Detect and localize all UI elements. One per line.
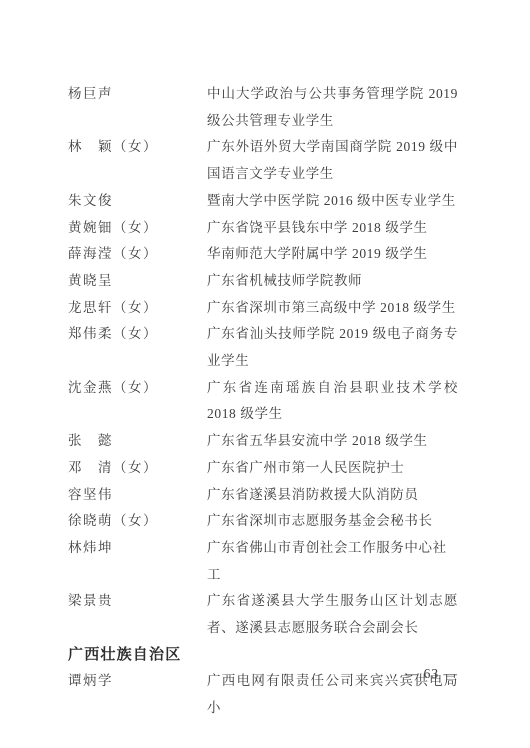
- entry-name: 邓 清（女）: [68, 455, 207, 482]
- entry-description: 广东省机械技师学院教师: [207, 268, 458, 295]
- entry-description: 广东省连南瑶族自治县职业技术学校2018 级学生: [207, 375, 458, 428]
- entry-row: 林炜坤 广东省佛山市青创社会工作服务中心社工: [68, 535, 458, 588]
- entry-row: 沈金燕（女） 广东省连南瑶族自治县职业技术学校2018 级学生: [68, 375, 458, 428]
- entry-description-line: 暨南大学中医学院 2016 级中医专业学生: [207, 188, 458, 215]
- entry-description-line: 广东省饶平县钱东中学 2018 级学生: [207, 215, 458, 242]
- entry-description-line: 国语言文学专业学生: [207, 161, 458, 188]
- entry-row: 黄婉钿（女） 广东省饶平县钱东中学 2018 级学生: [68, 215, 458, 242]
- entry-name: 容坚伟: [68, 482, 207, 509]
- entry-description: 广东省五华县安流中学 2018 级学生: [207, 428, 458, 455]
- entry-row: 龙思轩（女） 广东省深圳市第三高级中学 2018 级学生: [68, 295, 458, 322]
- entry-description-line: 广东省连南瑶族自治县职业技术学校: [207, 375, 458, 402]
- entry-description-line: 广东省遂溪县大学生服务山区计划志愿: [207, 588, 458, 615]
- entry-name: 梁景贵: [68, 588, 207, 615]
- section-header: 广西壮族自治区: [68, 642, 458, 669]
- entry-name: 朱文俊: [68, 188, 207, 215]
- entry-row: 容坚伟 广东省遂溪县消防救援大队消防员: [68, 482, 458, 509]
- entry-name: 郑伟柔（女）: [68, 321, 207, 348]
- entry-row: 郑伟柔（女） 广东省汕头技师学院 2019 级电子商务专业学生: [68, 321, 458, 374]
- entry-description-line: 中山大学政治与公共事务管理学院 2019: [207, 81, 458, 108]
- entry-name: 杨巨声: [68, 81, 207, 108]
- entry-description: 中山大学政治与公共事务管理学院 2019级公共管理专业学生: [207, 81, 458, 134]
- entry-description-line: 广东省五华县安流中学 2018 级学生: [207, 428, 458, 455]
- entry-name: 林 颖（女）: [68, 134, 207, 161]
- entry-description-line: 广东外语外贸大学南国商学院 2019 级中: [207, 134, 458, 161]
- entry-name: 黄婉钿（女）: [68, 215, 207, 242]
- entry-name: 张 懿: [68, 428, 207, 455]
- entry-name: 黄晓呈: [68, 268, 207, 295]
- entry-description-line: 者、遂溪县志愿服务联合会副会长: [207, 615, 458, 642]
- entry-name: 谭炳学: [68, 668, 207, 695]
- entry-description-line: 广东省汕头技师学院 2019 级电子商务专: [207, 321, 458, 348]
- entry-description: 广东省遂溪县大学生服务山区计划志愿者、遂溪县志愿服务联合会副会长: [207, 588, 458, 641]
- entry-name: 林炜坤: [68, 535, 207, 562]
- entry-row: 张 懿 广东省五华县安流中学 2018 级学生: [68, 428, 458, 455]
- entry-description-line: 业学生: [207, 348, 458, 375]
- entry-row: 谭炳学 广西电网有限责任公司来宾兴宾供电局小: [68, 668, 458, 721]
- entry-row: 杨巨声 中山大学政治与公共事务管理学院 2019级公共管理专业学生: [68, 81, 458, 134]
- entry-row: 朱文俊 暨南大学中医学院 2016 级中医专业学生: [68, 188, 458, 215]
- entry-description: 华南师范大学附属中学 2019 级学生: [207, 241, 458, 268]
- entry-row: 林 颖（女） 广东外语外贸大学南国商学院 2019 级中国语言文学专业学生: [68, 134, 458, 187]
- entry-name: 龙思轩（女）: [68, 295, 207, 322]
- page-number: — 63 —: [405, 666, 458, 682]
- entry-description: 广东外语外贸大学南国商学院 2019 级中国语言文学专业学生: [207, 134, 458, 187]
- entry-name: 徐晓萌（女）: [68, 508, 207, 535]
- entry-description: 广东省饶平县钱东中学 2018 级学生: [207, 215, 458, 242]
- entry-description-line: 广东省遂溪县消防救援大队消防员: [207, 482, 458, 509]
- entry-row: 徐晓萌（女） 广东省深圳市志愿服务基金会秘书长: [68, 508, 458, 535]
- entry-description-line: 广东省深圳市志愿服务基金会秘书长: [207, 508, 458, 535]
- entry-description: 广东省佛山市青创社会工作服务中心社工: [207, 535, 458, 588]
- entry-description-line: 广东省佛山市青创社会工作服务中心社工: [207, 535, 458, 588]
- entry-description-line: 华南师范大学附属中学 2019 级学生: [207, 241, 458, 268]
- entry-description: 广东省广州市第一人民医院护士: [207, 455, 458, 482]
- entry-list: 杨巨声 中山大学政治与公共事务管理学院 2019级公共管理专业学生 林 颖（女）…: [68, 81, 458, 722]
- entry-description-line: 2018 级学生: [207, 401, 458, 428]
- entry-row: 薛海滢（女） 华南师范大学附属中学 2019 级学生: [68, 241, 458, 268]
- entry-name: 沈金燕（女）: [68, 375, 207, 402]
- entry-name: 薛海滢（女）: [68, 241, 207, 268]
- entry-row: 邓 清（女） 广东省广州市第一人民医院护士: [68, 455, 458, 482]
- entry-description-line: 广东省深圳市第三高级中学 2018 级学生: [207, 295, 458, 322]
- entry-description: 广东省汕头技师学院 2019 级电子商务专业学生: [207, 321, 458, 374]
- entry-description: 暨南大学中医学院 2016 级中医专业学生: [207, 188, 458, 215]
- entry-description-line: 级公共管理专业学生: [207, 108, 458, 135]
- entry-description: 广东省深圳市第三高级中学 2018 级学生: [207, 295, 458, 322]
- entry-description-line: 广东省广州市第一人民医院护士: [207, 455, 458, 482]
- entry-row: 黄晓呈 广东省机械技师学院教师: [68, 268, 458, 295]
- entry-row: 梁景贵 广东省遂溪县大学生服务山区计划志愿者、遂溪县志愿服务联合会副会长: [68, 588, 458, 641]
- entry-description: 广东省深圳市志愿服务基金会秘书长: [207, 508, 458, 535]
- entry-description-line: 广东省机械技师学院教师: [207, 268, 458, 295]
- entry-description: 广东省遂溪县消防救援大队消防员: [207, 482, 458, 509]
- document-page: 杨巨声 中山大学政治与公共事务管理学院 2019级公共管理专业学生 林 颖（女）…: [0, 0, 530, 748]
